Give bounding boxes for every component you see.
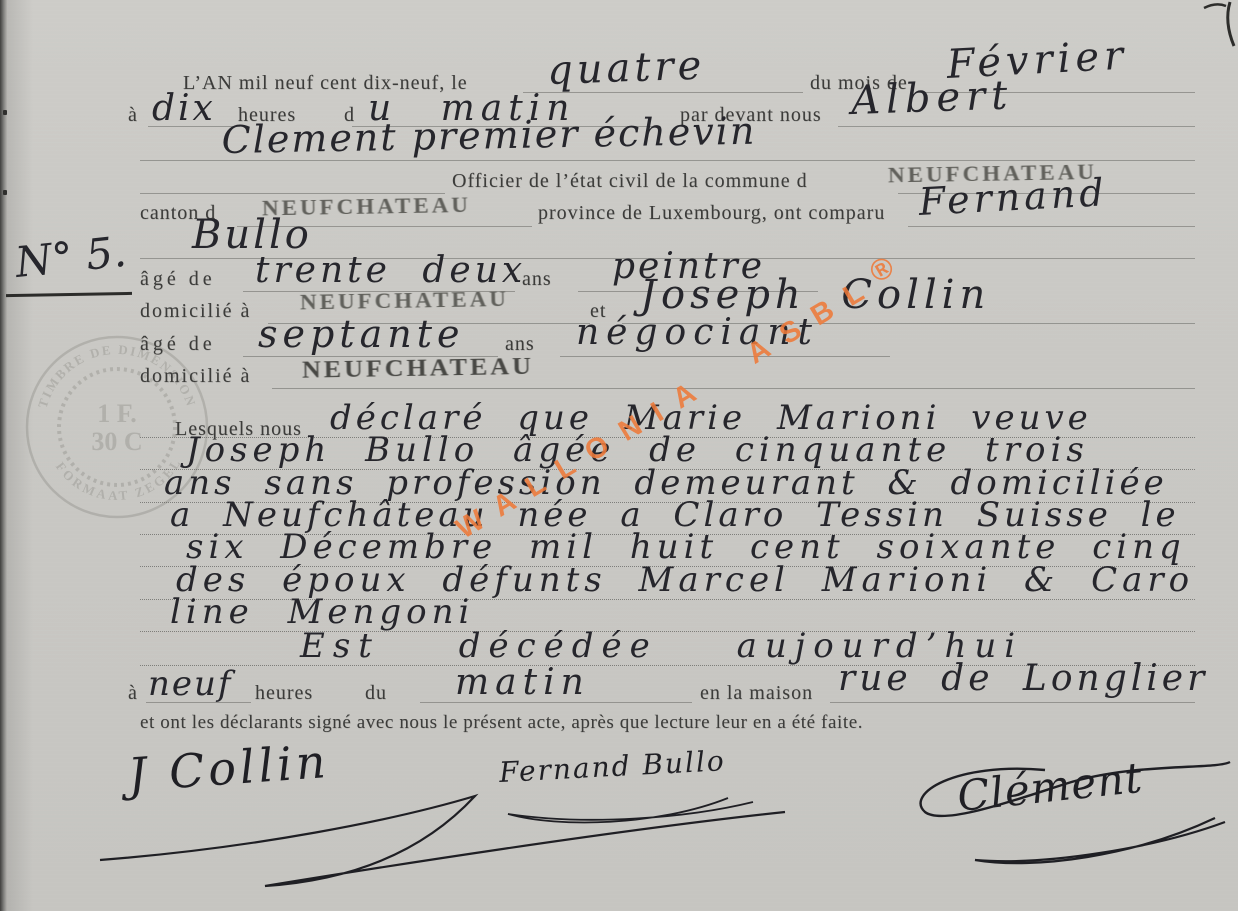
neufchateau-stamp: NEUFCHATEAU	[302, 352, 534, 384]
hand-death-period: matin	[455, 662, 590, 703]
corner-handwriting-mark	[1196, 0, 1238, 52]
printed-death-hours: heures	[255, 682, 313, 705]
fiscal-stamp-value-cent: 30 C	[91, 427, 142, 456]
fill-line	[830, 702, 1195, 703]
neufchateau-stamp: NEUFCHATEAU	[300, 287, 509, 315]
printed-death-at: à	[128, 682, 138, 705]
printed-closing: et ont les déclarants signé avec nous le…	[140, 712, 863, 734]
hand-day: quatre	[546, 43, 706, 94]
printed-death-house: en la maison	[700, 682, 813, 705]
fill-line	[908, 226, 1195, 227]
printed-age-2: âgé de	[140, 333, 216, 356]
ink-speck	[3, 190, 7, 195]
printed-province: province de Luxembourg, ont comparu	[538, 202, 885, 225]
page-edge-shadow	[0, 0, 7, 911]
hand-declarant1-age: trente deux	[255, 250, 526, 291]
printed-years-2: ans	[505, 333, 535, 356]
hand-officer-first: Albert	[850, 72, 1014, 124]
signature-clement-flourish	[895, 760, 1235, 880]
hand-death-place: rue de Longlier	[838, 658, 1208, 699]
printed-domicile-2: domicilié à	[140, 365, 251, 388]
signature-bullo-flourish	[498, 792, 758, 832]
ink-speck	[3, 110, 7, 115]
printed-domicile-1: domicilié à	[140, 300, 251, 323]
hand-hour: dix	[152, 88, 216, 129]
scanned-document-page: TIMBRE DE DIMENSION FORMAAT ZEGEL 1 F. 3…	[0, 0, 1238, 911]
hand-officer-rest: Clement premier échevin	[221, 109, 756, 162]
hand-death-hour: neuf	[148, 664, 233, 704]
fill-line	[272, 388, 1195, 389]
hand-declarant1-first: Fernand	[918, 170, 1109, 224]
fill-line	[838, 126, 1195, 127]
act-number: N° 5.	[13, 227, 129, 287]
fiscal-stamp-value-franc: 1 F.	[97, 399, 137, 428]
printed-years-1: ans	[522, 268, 552, 291]
printed-at: à	[128, 104, 138, 127]
printed-officer-line: Officier de l’état civil de la commune d	[452, 170, 808, 193]
hand-declarant2-age: septante	[258, 312, 464, 356]
printed-age-1: âgé de	[140, 268, 216, 291]
printed-death-du: du	[365, 682, 387, 705]
